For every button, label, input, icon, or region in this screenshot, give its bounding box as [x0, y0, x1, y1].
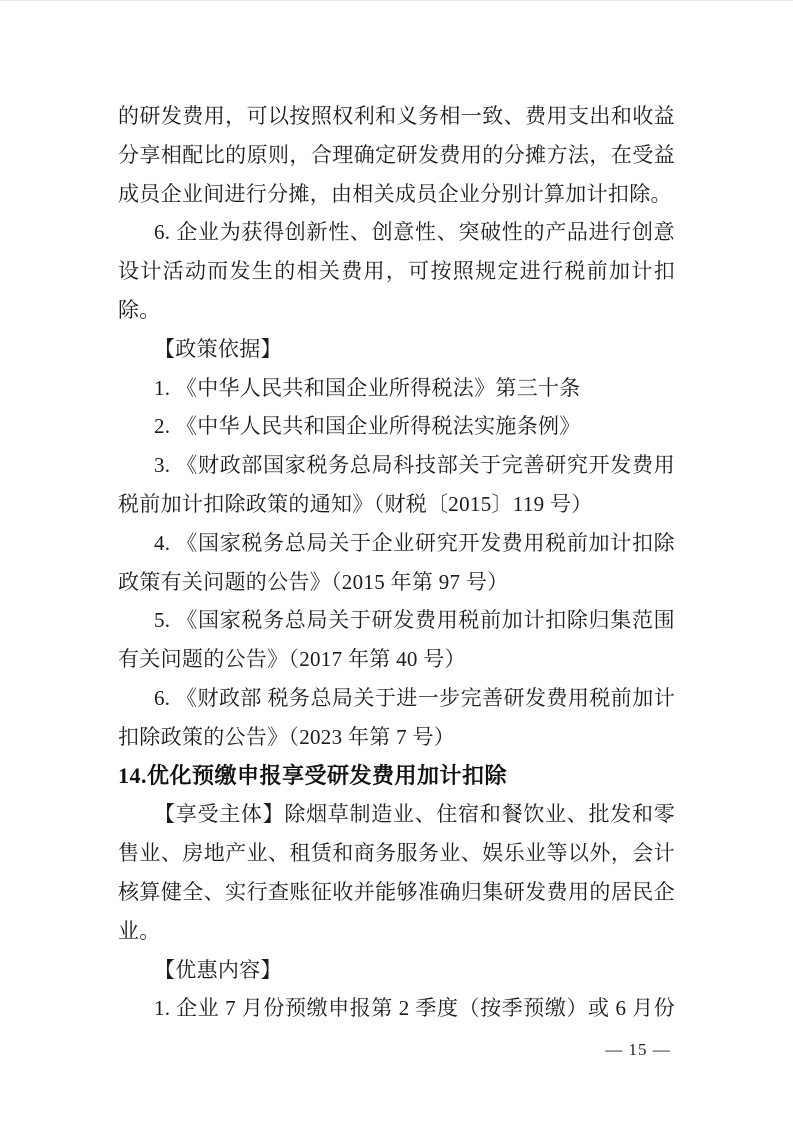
paragraph-continuation: 的研发费用，可以按照权利和义务相一致、费用支出和收益分享相配比的原则，合理确定研…: [118, 97, 675, 213]
page-number: — 15 —: [593, 1040, 683, 1060]
paragraph-policy-ref-6: 6. 《财政部 税务总局关于进一步完善研发费用税前加计扣除政策的公告》（2023…: [118, 679, 675, 757]
paragraph-policy-ref-4: 4. 《国家税务总局关于企业研究开发费用税前加计扣除政策有关问题的公告》（201…: [118, 524, 675, 602]
paragraph-policy-ref-2: 2. 《中华人民共和国企业所得税法实施条例》: [118, 407, 675, 446]
paragraph-item-6: 6. 企业为获得创新性、创意性、突破性的产品进行创意设计活动而发生的相关费用，可…: [118, 213, 675, 329]
document-body: 的研发费用，可以按照权利和义务相一致、费用支出和收益分享相配比的原则，合理确定研…: [118, 97, 675, 1028]
paragraph-eligible-entities: 【享受主体】除烟草制造业、住宿和餐饮业、批发和零售业、房地产业、租赁和商务服务业…: [118, 795, 675, 950]
paragraph-policy-ref-1: 1. 《中华人民共和国企业所得税法》第三十条: [118, 369, 675, 408]
paragraph-policy-ref-3: 3. 《财政部国家税务总局科技部关于完善研究开发费用税前加计扣除政策的通知》（财…: [118, 446, 675, 524]
paragraph-policy-basis-label: 【政策依据】: [118, 330, 675, 369]
paragraph-benefit-item-1: 1. 企业 7 月份预缴申报第 2 季度（按季预缴）或 6 月份: [118, 989, 675, 1028]
section-heading-14: 14.优化预缴申报享受研发费用加计扣除: [118, 757, 675, 796]
document-page: 的研发费用，可以按照权利和义务相一致、费用支出和收益分享相配比的原则，合理确定研…: [0, 0, 793, 1123]
paragraph-policy-ref-5: 5. 《国家税务总局关于研发费用税前加计扣除归集范围有关问题的公告》（2017 …: [118, 601, 675, 679]
paragraph-benefit-content-label: 【优惠内容】: [118, 951, 675, 990]
